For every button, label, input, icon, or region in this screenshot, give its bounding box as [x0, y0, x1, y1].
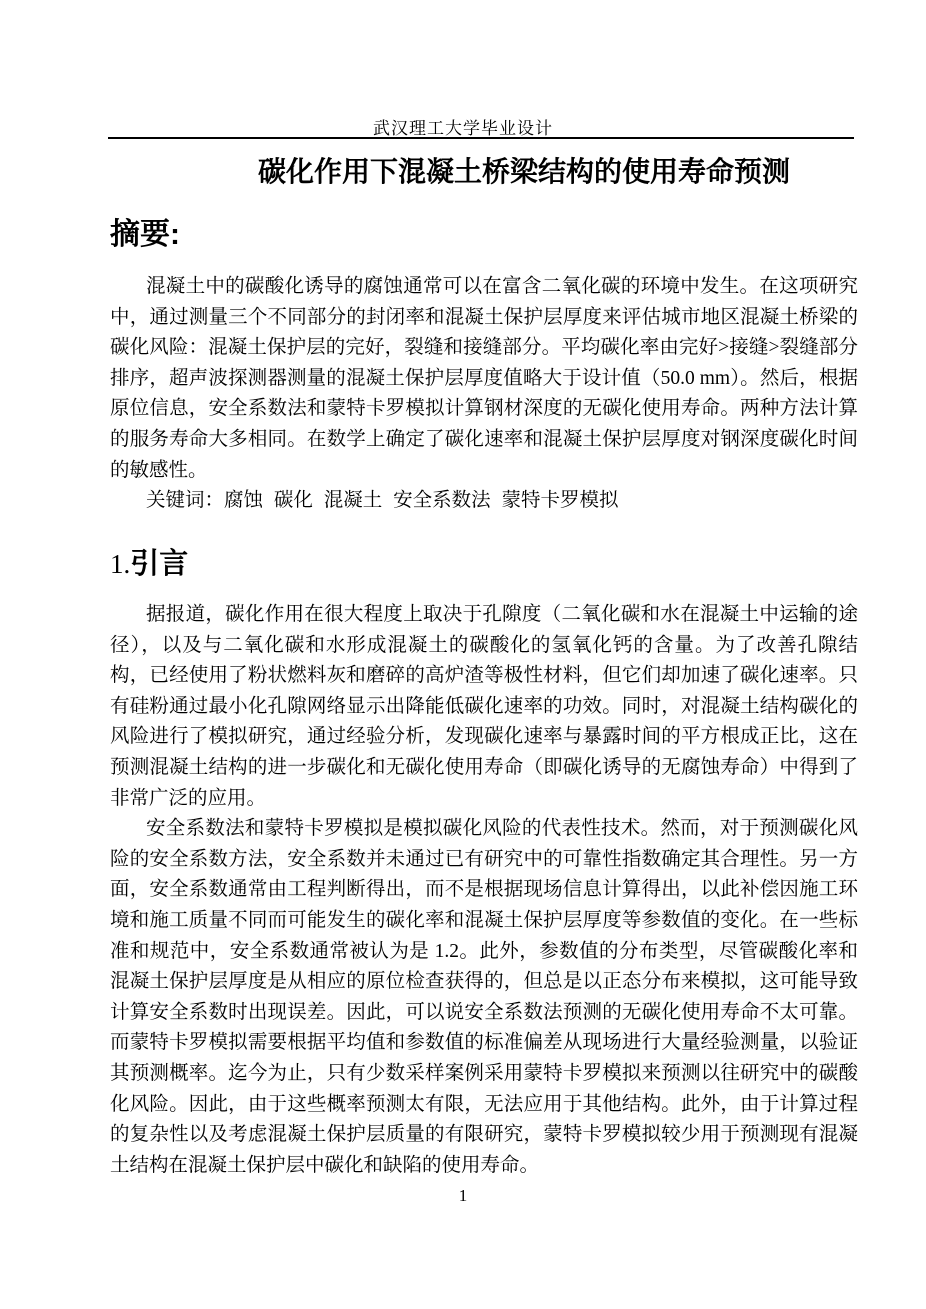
document-title: 碳化作用下混凝土桥梁结构的使用寿命预测	[110, 152, 858, 192]
page-header-title: 武汉理工大学毕业设计	[0, 114, 926, 139]
intro-paragraph-1: 据报道，碳化作用在很大程度上取决于孔隙度（二氧化碳和水在混凝土中运输的途径），以…	[110, 600, 858, 814]
introduction-body: 据报道，碳化作用在很大程度上取决于孔隙度（二氧化碳和水在混凝土中运输的途径），以…	[110, 600, 858, 1181]
intro-paragraph-2: 安全系数法和蒙特卡罗模拟是模拟碳化风险的代表性技术。然而，对于预测碳化风险的安全…	[110, 814, 858, 1181]
keywords-line: 关键词：腐蚀 碳化 混凝土 安全系数法 蒙特卡罗模拟	[110, 486, 858, 517]
section-title: 引言	[130, 548, 188, 580]
header-divider	[108, 137, 854, 139]
keywords-label: 关键词：	[146, 490, 224, 511]
document-page: 武汉理工大学毕业设计 碳化作用下混凝土桥梁结构的使用寿命预测 摘要: 混凝土中的…	[0, 0, 926, 1309]
section-heading-introduction: 1.引言	[110, 546, 188, 582]
abstract-heading: 摘要:	[110, 218, 180, 252]
page-number: 1	[0, 1186, 926, 1206]
keywords-values: 腐蚀 碳化 混凝土 安全系数法 蒙特卡罗模拟	[224, 490, 619, 511]
section-number: 1.	[110, 549, 130, 579]
abstract-paragraph: 混凝土中的碳酸化诱导的腐蚀通常可以在富含二氧化碳的环境中发生。在这项研究中，通过…	[110, 272, 858, 486]
abstract-section: 混凝土中的碳酸化诱导的腐蚀通常可以在富含二氧化碳的环境中发生。在这项研究中，通过…	[110, 272, 858, 517]
